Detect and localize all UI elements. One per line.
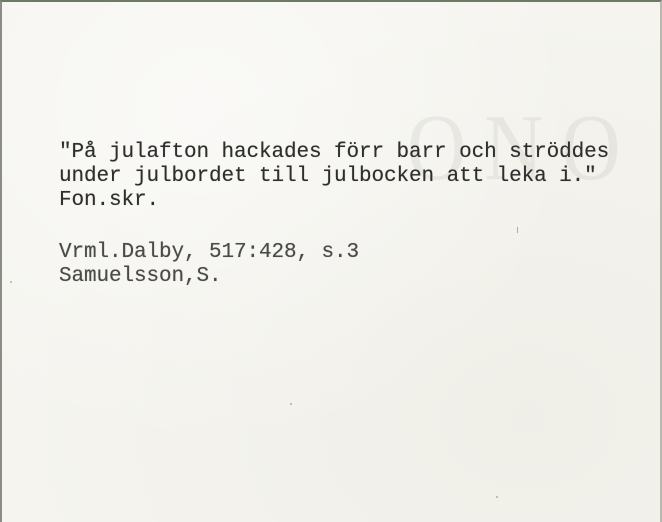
informant-name: Samuelsson,S.	[59, 265, 222, 289]
paper-speck	[290, 403, 292, 405]
paper-speck	[496, 496, 498, 498]
quote-line-2: under julbordet till julbocken att leka …	[59, 165, 597, 189]
paper-speck	[517, 227, 518, 233]
quote-line-1: "På julafton hackades förr barr och strö…	[59, 141, 609, 165]
index-card: ONO "På julafton hackades förr barr och …	[0, 0, 662, 522]
paper-speck	[10, 281, 12, 283]
archive-reference: Vrml.Dalby, 517:428, s.3	[59, 241, 359, 265]
recording-type: Fon.skr.	[59, 189, 159, 213]
